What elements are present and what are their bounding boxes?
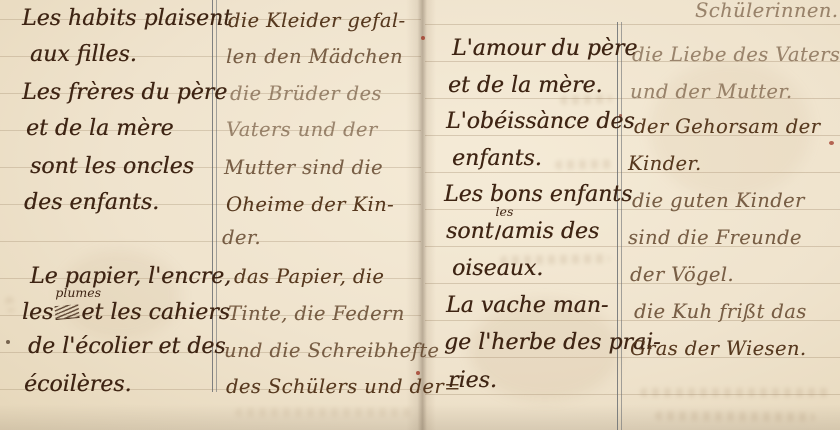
- german-line: das Papier, die: [234, 264, 384, 290]
- french-line: aux filles.: [30, 42, 137, 68]
- french-line: oiseaux.: [452, 256, 543, 282]
- french-line: enfants.: [452, 146, 542, 172]
- german-line: der Vögel.: [630, 262, 734, 288]
- french-line: ries.: [448, 368, 497, 394]
- french-line-with-insertion: sontlesamis des: [446, 219, 599, 245]
- german-line: der.: [222, 225, 261, 251]
- page-gutter-crease: [406, 0, 436, 430]
- german-line: Gras der Wiesen.: [630, 336, 806, 362]
- german-line: Oheime der Kin-: [226, 192, 394, 218]
- french-line: des enfants.: [24, 190, 159, 216]
- right-page-column-divider: [617, 22, 622, 430]
- red-ink-speck: [829, 141, 834, 145]
- inserted-word: les: [496, 206, 514, 218]
- german-line: Kinder.: [628, 151, 702, 177]
- french-line: sont les oncles: [30, 154, 194, 180]
- german-line: die Liebe des Vaters: [632, 42, 840, 68]
- french-line: de l'écolier et des: [28, 334, 226, 360]
- german-line: Tinte, die Federn: [228, 301, 405, 327]
- german-line: und die Schreibhefte: [224, 338, 439, 364]
- german-line: des Schülers und der=: [226, 374, 461, 400]
- ink-bleed-through: [235, 408, 415, 417]
- german-line: die guten Kinder: [632, 188, 805, 214]
- dark-speck: [6, 340, 10, 344]
- german-line: len den Mädchen: [226, 44, 403, 70]
- german-line: Mutter sind die: [224, 155, 383, 181]
- french-line: et de la mère.: [448, 73, 603, 99]
- french-line: La vache man-: [446, 293, 608, 319]
- insertion-caret: [494, 225, 501, 240]
- german-carryover-line: Schülerinnen.: [695, 0, 838, 24]
- correction-group: plumes: [53, 300, 81, 326]
- french-line: Les habits plaisent: [22, 6, 232, 32]
- ink-bleed-through: [655, 411, 815, 421]
- french-line: ge l'herbe des prai-: [444, 330, 661, 356]
- text-after-correction: et les cahiers: [81, 300, 230, 325]
- struck-out-word: [55, 304, 80, 320]
- manuscript-scan: Les habits plaisent aux filles. Les frèr…: [0, 0, 840, 430]
- german-line: der Gehorsam der: [634, 114, 820, 140]
- german-line: die Kuh frißt das: [634, 299, 807, 325]
- french-line: et de la mère: [26, 116, 174, 142]
- ink-bleed-through: [555, 159, 613, 169]
- german-line: die Kleider gefal-: [228, 8, 405, 34]
- red-ink-speck: [421, 36, 425, 40]
- french-line-with-correction: lesplumeset les cahiers: [22, 300, 230, 326]
- inserted-word: plumes: [55, 287, 101, 299]
- french-line: L'obéissànce des: [446, 109, 635, 135]
- text-after-insertion: amis des: [502, 219, 600, 244]
- german-line: Vaters und der: [226, 117, 378, 143]
- text-before-correction: les: [22, 300, 53, 325]
- ink-bleed-through: [640, 388, 830, 397]
- french-line: écoilères.: [24, 372, 132, 398]
- french-line: Les frères du père: [22, 80, 227, 106]
- german-line: und der Mutter.: [630, 79, 792, 105]
- german-line: die Brüder des: [230, 81, 382, 107]
- german-line: sind die Freunde: [628, 225, 802, 251]
- text-before-insertion: sont: [446, 219, 494, 244]
- french-line: L'amour du père: [452, 36, 637, 62]
- french-line: Les bons enfants: [444, 182, 632, 208]
- insertion-group: les: [494, 219, 502, 245]
